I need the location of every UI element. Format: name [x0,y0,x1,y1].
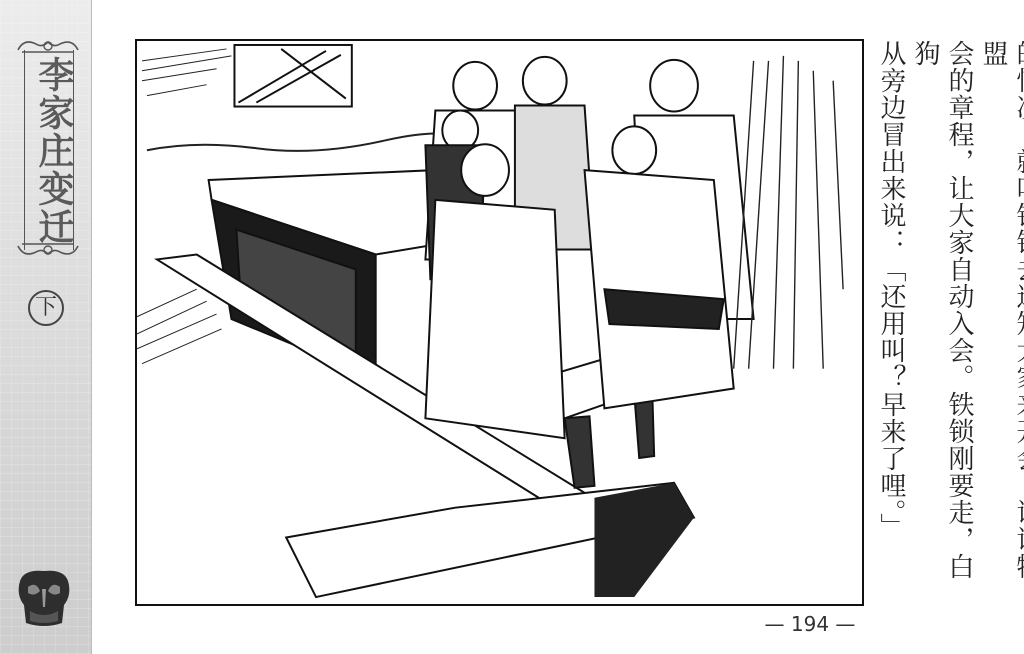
book-sidebar: 李家庄变迁 下 [0,0,92,654]
caption-text: 房子收拾好后，小常和王工作员谈了一下村里 的情况，就叫铁锁去通知大家来开会，谈谈… [874,40,1024,600]
volume-badge: 下 [28,290,64,326]
caption-line: 的情况，就叫铁锁去通知大家来开会，谈谈牺盟 [976,40,1024,600]
book-title: 李家庄变迁 [24,56,72,246]
opera-mask-icon [14,567,74,631]
caption-line: 会的章程，让大家自动入会。铁锁刚要走，白狗 [908,40,976,600]
ornament-bottom-icon [14,242,82,260]
page-number: — 194 — [740,612,880,636]
caption-line: 从旁边冒出来说：「还用叫？早来了哩。」 [874,40,908,600]
illustration-panel [135,39,864,606]
ink-illustration [137,41,862,604]
